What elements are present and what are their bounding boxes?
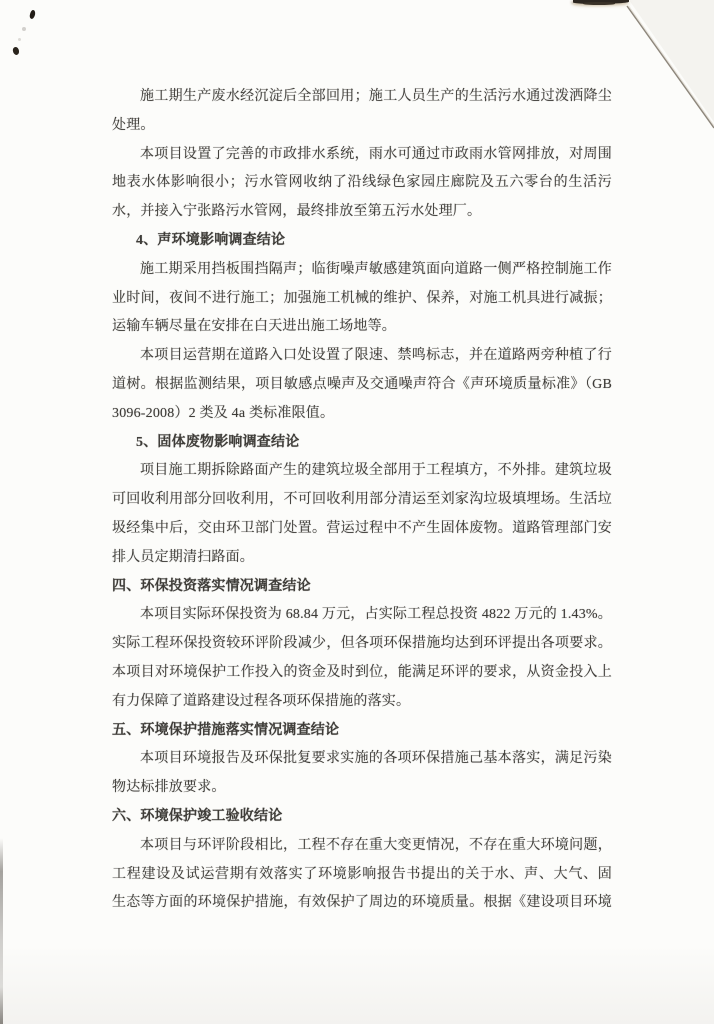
section-heading-line: 四、环保投资落实情况调查结论 <box>112 573 612 602</box>
paragraph-line: 施工期采用挡板围挡隔声；临街噪声敏感建筑面向道路一侧严格控制施工作 <box>112 256 612 285</box>
subsection-heading-line: 5、固体废物影响调查结论 <box>112 429 612 458</box>
scan-smudge-top-edge <box>573 0 629 4</box>
section-heading-investment: 四、环保投资落实情况调查结论 <box>112 573 612 602</box>
paragraph-line: 本项目环境报告及环保批复要求实施的各项环保措施己基本落实，满足污染 <box>112 745 612 774</box>
document-page: 施工期生产废水经沉淀后全部回用；施工人员生产的生活污水通过泼洒降尘 处理。 本项… <box>0 0 714 1024</box>
paragraph-line: 道树。根据监测结果，项目敏感点噪声及交通噪声符合《声环境质量标准》（GB <box>112 371 612 400</box>
paragraph-line: 生态等方面的环境保护措施，有效保护了周边的环境质量。根据《建设项目环境 <box>112 889 612 918</box>
paragraph-line: 运输车辆尽量在安排在白天进出施工场地等。 <box>112 313 612 342</box>
ink-speck-faint <box>22 27 26 31</box>
paragraph: 本项目环境报告及环保批复要求实施的各项环保措施己基本落实，满足污染 物达标排放要… <box>112 745 612 803</box>
paragraph-line: 本项目设置了完善的市政排水系统，雨水可通过市政雨水管网排放，对周围 <box>112 141 612 170</box>
fold-highlight-line <box>629 6 714 128</box>
ink-speck <box>12 46 21 56</box>
paragraph: 本项目实际环保投资为 68.84 万元，占实际工程总投资 4822 万元的 1.… <box>112 601 612 716</box>
paragraph: 本项目运营期在道路入口处设置了限速、禁鸣标志，并在道路两旁种植了行 道树。根据监… <box>112 342 612 428</box>
ink-speck <box>29 9 37 19</box>
paragraph-line: 圾经集中后，交由环卫部门处置。营运过程中不产生固体废物。道路管理部门安 <box>112 515 612 544</box>
paragraph-line: 项目施工期拆除路面产生的建筑垃圾全部用于工程填方，不外排。建筑垃圾 <box>112 457 612 486</box>
section-heading-acceptance: 六、环境保护竣工验收结论 <box>112 803 612 832</box>
subsection-heading-4: 4、声环境影响调查结论 <box>112 227 612 256</box>
ink-speck-faint <box>18 38 21 41</box>
paragraph-line: 本项目与环评阶段相比，工程不存在重大变更情况，不存在重大环境问题， <box>112 832 612 861</box>
paragraph-line: 本项目运营期在道路入口处设置了限速、禁鸣标志，并在道路两旁种植了行 <box>112 342 612 371</box>
paragraph: 本项目与环评阶段相比，工程不存在重大变更情况，不存在重大环境问题， 工程建设及试… <box>112 832 612 918</box>
section-heading-measures: 五、环境保护措施落实情况调查结论 <box>112 717 612 746</box>
paragraph: 本项目设置了完善的市政排水系统，雨水可通过市政雨水管网排放，对周围 地表水体影响… <box>112 141 612 227</box>
paragraph: 施工期采用挡板围挡隔声；临街噪声敏感建筑面向道路一侧严格控制施工作 业时间，夜间… <box>112 256 612 342</box>
document-body: 施工期生产废水经沉淀后全部回用；施工人员生产的生活污水通过泼洒降尘 处理。 本项… <box>112 83 612 918</box>
paragraph-line: 水，并接入宁张路污水管网，最终排放至第五污水处理厂。 <box>112 198 612 227</box>
paragraph-line: 业时间，夜间不进行施工；加强施工机械的维护、保养，对施工机具进行减振； <box>112 285 612 314</box>
scan-edge-shadow-left <box>0 838 3 1024</box>
paragraph-line: 地表水体影响很小；污水管网收纳了沿线绿色家园庄廊院及五六零台的生活污 <box>112 169 612 198</box>
paragraph-line: 有力保障了道路建设过程各项环保措施的落实。 <box>112 688 612 717</box>
fold-crease-line <box>627 6 714 128</box>
paragraph-line: 实际工程环保投资较环评阶段减少，但各项环保措施均达到环评提出各项要求。 <box>112 630 612 659</box>
paragraph-line: 本项目对环境保护工作投入的资金及时到位，能满足环评的要求，从资金投入上 <box>112 659 612 688</box>
paragraph-line: 处理。 <box>112 112 612 141</box>
scan-shadow-bottom <box>0 944 714 1024</box>
subsection-heading-5: 5、固体废物影响调查结论 <box>112 429 612 458</box>
paragraph: 项目施工期拆除路面产生的建筑垃圾全部用于工程填方，不外排。建筑垃圾 可回收利用部… <box>112 457 612 572</box>
paragraph-line: 本项目实际环保投资为 68.84 万元，占实际工程总投资 4822 万元的 1.… <box>112 601 612 630</box>
paragraph: 施工期生产废水经沉淀后全部回用；施工人员生产的生活污水通过泼洒降尘 处理。 <box>112 83 612 141</box>
paragraph-line: 排人员定期清扫路面。 <box>112 544 612 573</box>
paragraph-line: 物达标排放要求。 <box>112 774 612 803</box>
paragraph-line: 3096-2008）2 类及 4a 类标准限值。 <box>112 400 612 429</box>
subsection-heading-line: 4、声环境影响调查结论 <box>112 227 612 256</box>
section-heading-line: 六、环境保护竣工验收结论 <box>112 803 612 832</box>
section-heading-line: 五、环境保护措施落实情况调查结论 <box>112 717 612 746</box>
paragraph-line: 施工期生产废水经沉淀后全部回用；施工人员生产的生活污水通过泼洒降尘 <box>112 83 612 112</box>
fold-shade-triangle <box>629 0 714 122</box>
paragraph-line: 工程建设及试运营期有效落实了环境影响报告书提出的关于水、声、大气、固废、 <box>112 861 612 890</box>
paragraph-line: 可回收利用部分回收利用，不可回收利用部分清运至刘家沟垃圾填埋场。生活垃 <box>112 486 612 515</box>
